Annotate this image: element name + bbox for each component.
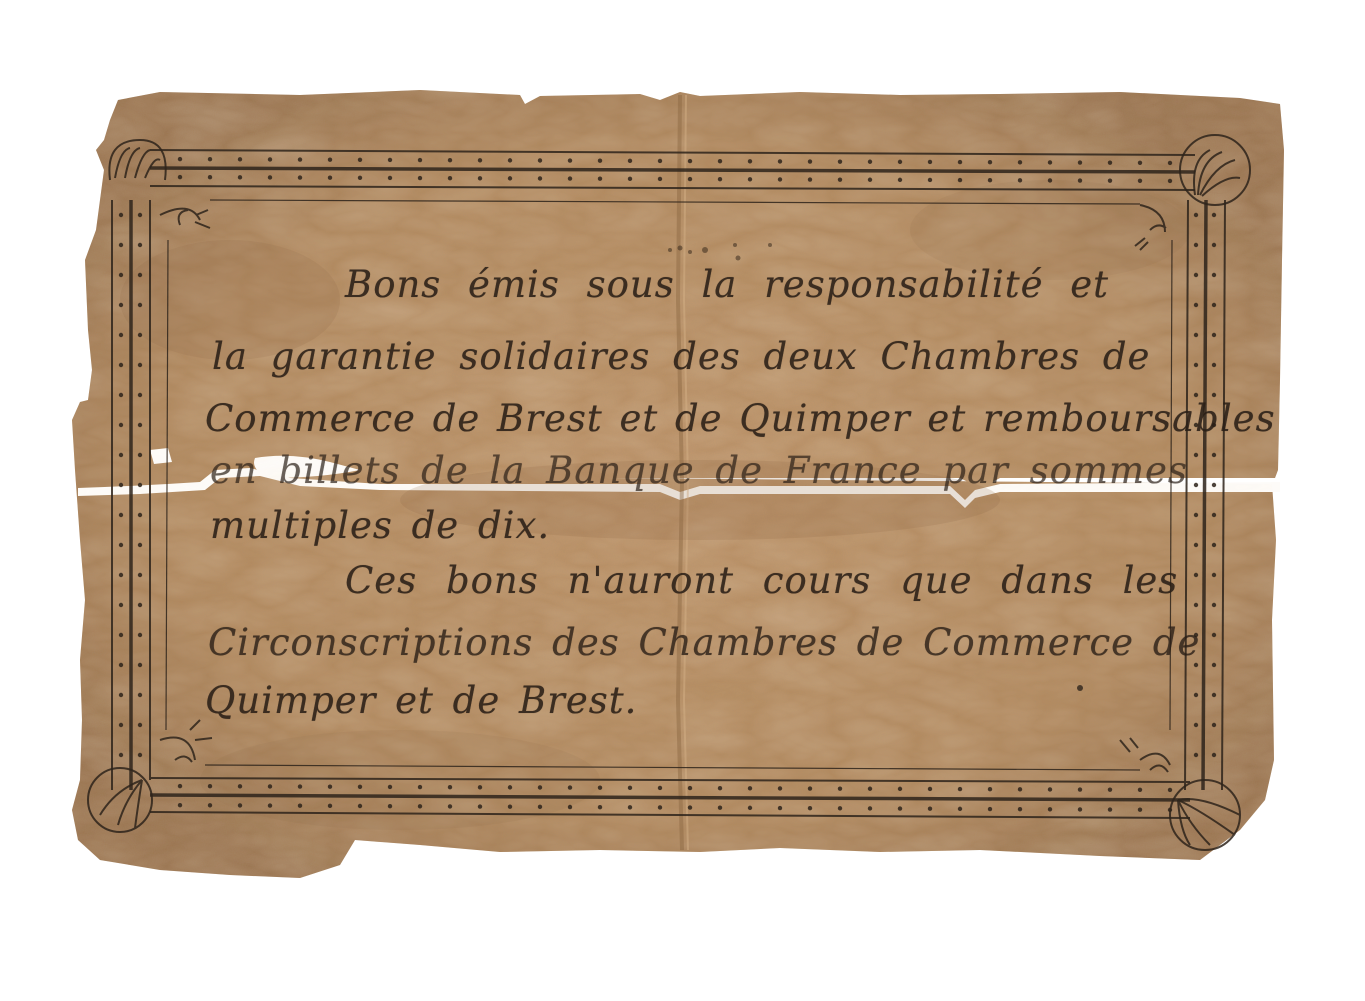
text-line-6: Ces bons n'auront cours que dans les [345, 562, 1178, 599]
text-line-8: Quimper et de Brest. [205, 682, 637, 719]
document-text: Bons émis sous la responsabilité et la g… [200, 240, 1160, 720]
text-line-4: en billets de la Banque de France par so… [210, 452, 1188, 489]
text-line-3: Commerce de Brest et de Quimper et rembo… [205, 400, 1276, 437]
text-line-5: multiples de dix. [210, 507, 550, 544]
text-line-2: la garantie solidaires des deux Chambres… [212, 338, 1150, 375]
banknote-reverse: Bons émis sous la responsabilité et la g… [0, 0, 1365, 1001]
text-line-7: Circonscriptions des Chambres de Commerc… [208, 624, 1200, 661]
text-line-1: Bons émis sous la responsabilité et [345, 266, 1109, 303]
